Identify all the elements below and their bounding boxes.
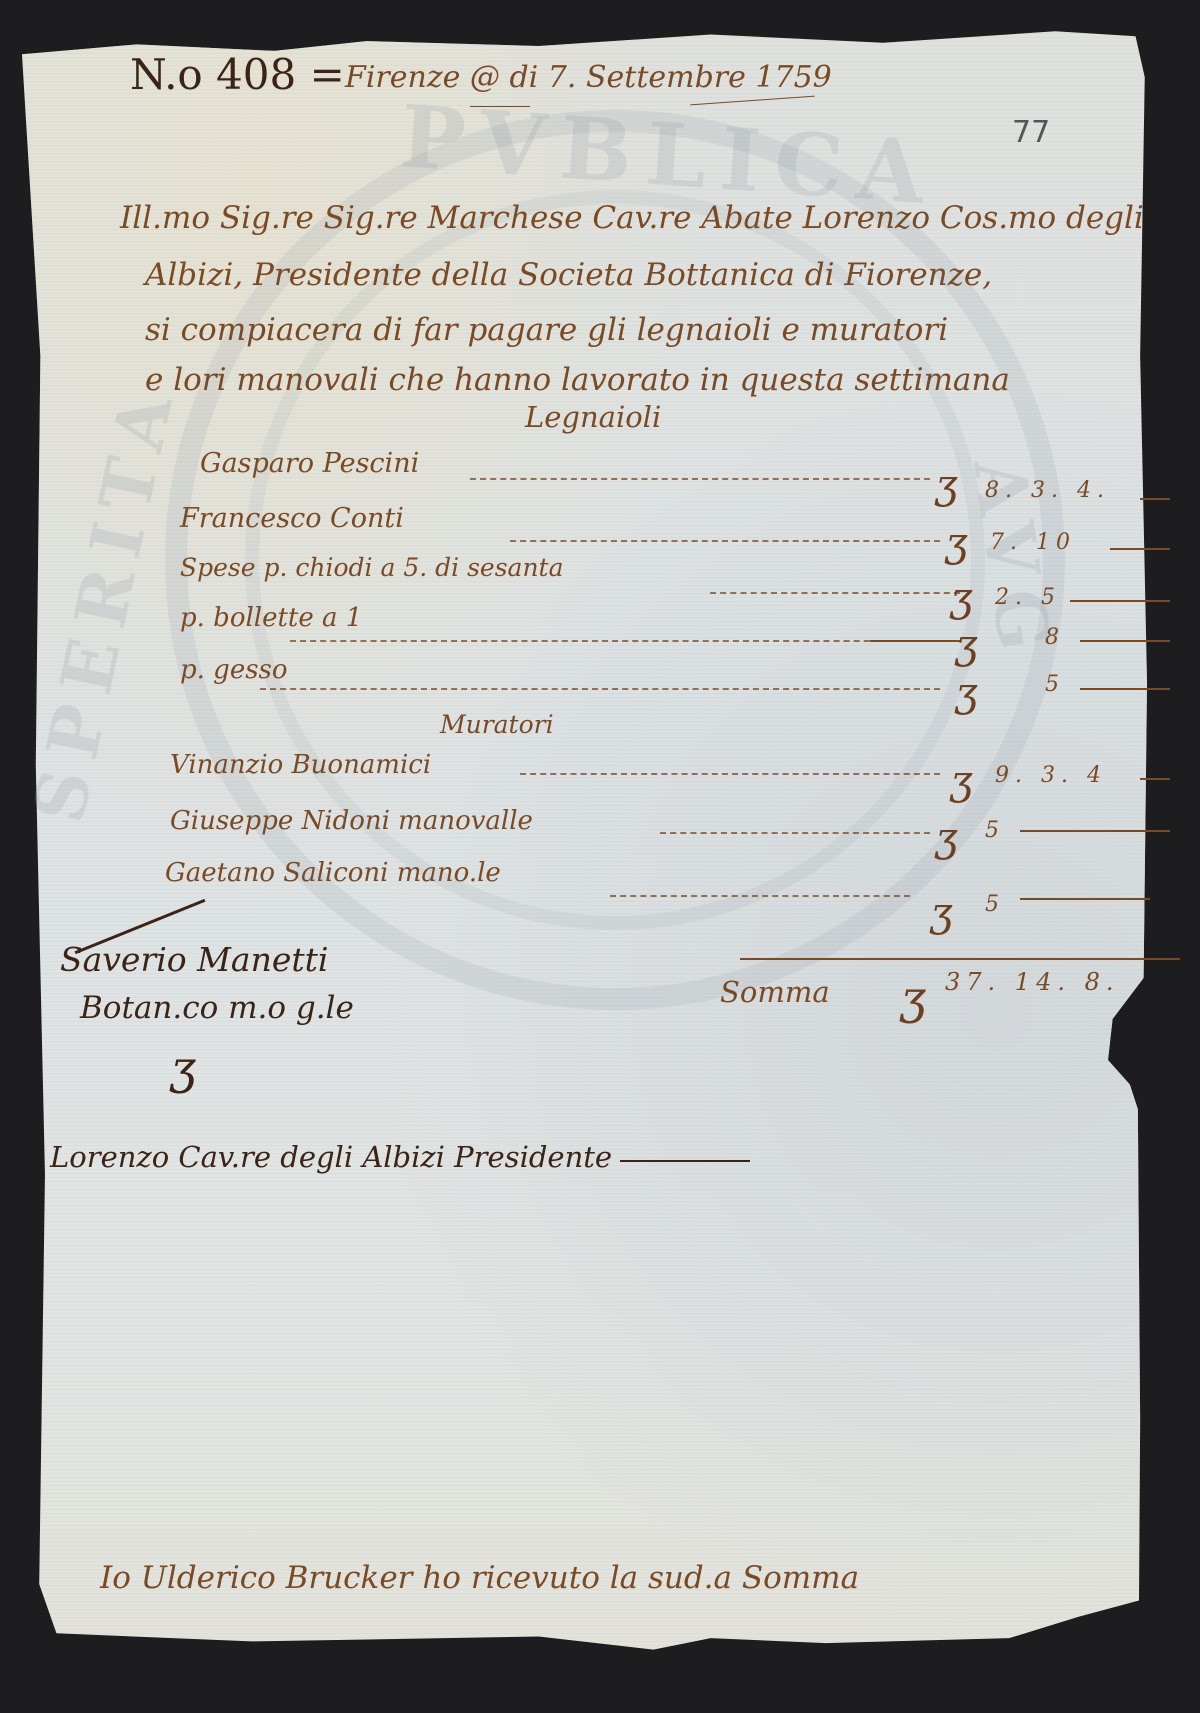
lira-symbol: ʒ [950,575,973,621]
entry-name: Vinanzio Buonamici [170,750,431,780]
entry-amount: 5 [985,892,1005,917]
salutation-line-4: e lori manovali che hanno lavorato in qu… [145,362,1010,398]
amount-rule [1140,498,1170,500]
leader-dashes [660,832,930,834]
entry-name: Gasparo Pescini [200,448,419,479]
place-and-date: Firenze @ di 7. Settembre 1759 [345,60,832,95]
receipt-statement: Io Ulderico Brucker ho ricevuto la sud.a… [100,1560,859,1596]
salutation-line-1: Ill.mo Sig.re Sig.re Marchese Cav.re Aba… [120,200,1144,236]
lira-symbol: ʒ [935,462,958,508]
folio-number: 77 [1012,115,1050,150]
leader-dashes [260,688,940,690]
entry-amount: 7. 10 [990,530,1076,555]
amount-rule [1140,778,1170,780]
entry-name: Giuseppe Nidoni manovalle [170,806,533,836]
signature-name: Saverio Manetti [60,940,328,979]
leader-dashes [470,478,930,480]
amount-rule [1020,830,1170,832]
president-signature: Lorenzo Cav.re degli Albizi Presidente [50,1140,612,1174]
leader-dashes [710,592,960,594]
lira-symbol: ʒ [955,622,978,668]
leader-dashes [510,540,940,542]
entry-name: Gaetano Saliconi mano.le [165,858,501,888]
entry-amount: 2. 5 [995,585,1061,610]
entry-name: p. bollette a 1 [180,603,362,633]
total-amount: 37. 14. 8. [945,968,1120,996]
total-rule [740,958,1180,960]
leader-dashes [610,895,910,897]
entry-name: Spese p. chiodi a 5. di sesanta [180,553,564,582]
signature-line [620,1160,750,1162]
amount-rule [1020,898,1150,900]
leader-dashes [290,640,910,642]
lira-symbol: ʒ [955,670,978,716]
lira-symbol: ʒ [900,970,926,1024]
leader-dashes [520,773,940,775]
amount-rule [1110,548,1170,550]
amount-rule [1080,640,1170,642]
signature-mark: ʒ [170,1040,196,1094]
salutation-line-2: Albizi, Presidente della Societa Bottani… [145,257,992,293]
amount-rule [1080,688,1170,690]
entry-amount: 5 [985,818,1005,843]
entry-amount: 8 [1045,625,1065,650]
section-heading-legnaioli: Legnaioli [525,400,661,434]
entry-amount: 5 [1045,672,1065,697]
entry-amount: 8. 3. 4. [985,478,1110,503]
entry-name: Francesco Conti [180,503,404,534]
lira-symbol: ʒ [935,815,958,861]
total-label: Somma [720,975,830,1009]
entry-amount: 9. 3. 4 [995,763,1107,788]
signature-title: Botan.co m.o g.le [80,990,354,1026]
lira-symbol: ʒ [945,520,968,566]
section-heading-muratori: Muratori [440,710,554,739]
amount-rule [1070,600,1170,602]
document-number: N.o 408 = [130,50,345,99]
entry-name: p. gesso [180,655,288,685]
lira-symbol: ʒ [930,890,953,936]
leader-rule [870,640,960,642]
lira-symbol: ʒ [950,758,973,804]
date-underline [470,106,530,107]
salutation-line-3: si compiacera di far pagare gli legnaiol… [145,312,948,348]
